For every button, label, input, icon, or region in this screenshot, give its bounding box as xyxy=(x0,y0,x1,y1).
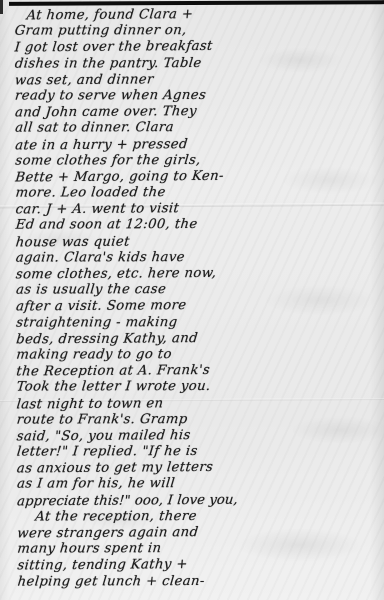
scanned-letter-page: At home, found Clara + Gram putting dinn… xyxy=(0,0,384,600)
corner-scan-mark xyxy=(0,0,3,14)
letter-line: At the reception, there xyxy=(16,508,382,525)
letter-line: last night to town en xyxy=(16,394,382,413)
letter-line: some clothes for the girls, xyxy=(14,152,380,169)
letter-line: sitting, tending Kathy + xyxy=(17,556,383,575)
letter-line: Took the letter I wrote you. xyxy=(16,379,382,396)
letter-line: I got lost over the breakfast xyxy=(14,38,380,57)
letter-line: ate in a hurry + pressed xyxy=(14,135,380,154)
letter-line: appreciate this!" ooo, I love you, xyxy=(16,491,382,510)
letter-line: as I am for his, he will xyxy=(16,476,382,493)
letter-line: again. Clara's kids have xyxy=(15,249,381,266)
letter-line: beds, dressing Kathy, and xyxy=(15,329,381,348)
letter-line: Ed and soon at 12:00, the xyxy=(15,217,381,234)
letter-line: was set, and dinner xyxy=(14,70,380,89)
letter-body: At home, found Clara + Gram putting dinn… xyxy=(14,6,381,591)
letter-line: straightening - making xyxy=(15,314,381,331)
letter-line: helping get lunch + clean- xyxy=(17,573,383,590)
letter-line: route to Frank's. Gramp xyxy=(16,411,382,428)
letter-line: all sat to dinner. Clara xyxy=(14,120,380,137)
letter-line: dishes in the pantry. Table xyxy=(14,55,380,72)
letter-line: house was quiet xyxy=(15,232,381,251)
letter-line: after a visit. Some more xyxy=(15,297,381,316)
